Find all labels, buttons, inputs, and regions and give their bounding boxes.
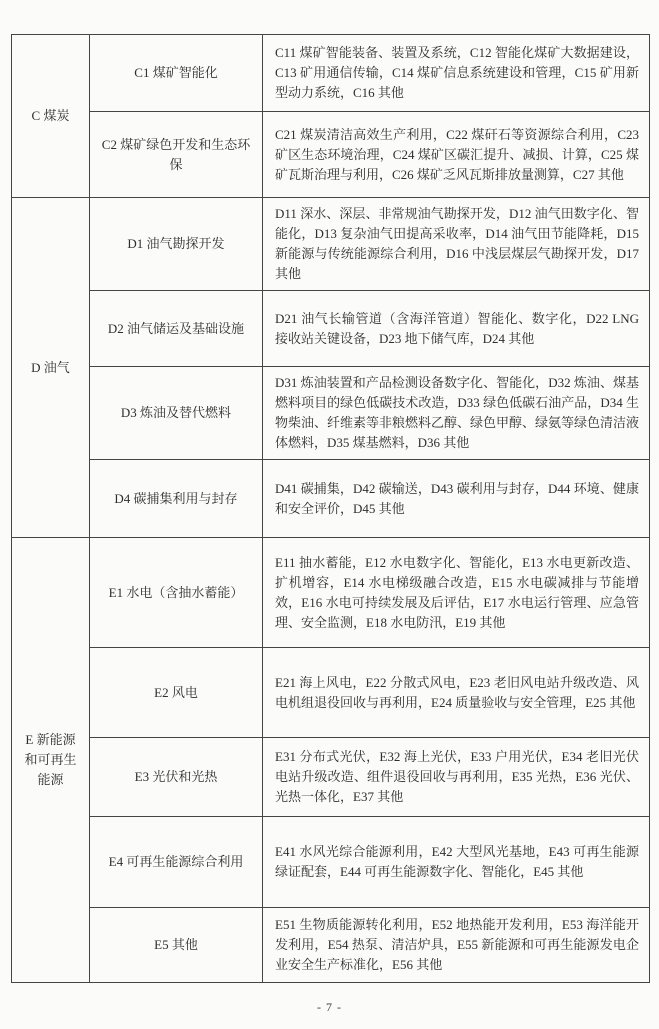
detail-cell-c2: C21 煤炭清洁高效生产利用，C22 煤矸石等资源综合利用，C23 矿区生态环境… [263,112,650,198]
table-row: E2 风电 E21 海上风电，E22 分散式风电，E23 老旧风电站升级改造、风… [12,648,650,738]
detail-cell-d1: D11 深水、深层、非常规油气勘探开发，D12 油气田数字化、智能化，D13 复… [263,198,650,291]
subcategory-cell-e4: E4 可再生能源综合利用 [90,817,263,908]
document-page: C 煤炭 C1 煤矿智能化 C11 煤矿智能装备、装置及系统，C12 智能化煤矿… [0,0,659,1029]
detail-cell-d4: D41 碳捕集，D42 碳输送，D43 碳利用与封存，D44 环境、健康和安全评… [263,460,650,538]
table-row: D3 炼油及替代燃料 D31 炼油装置和产品检测设备数字化、智能化，D32 炼油… [12,367,650,460]
table-row: E 新能源和可再生能源 E1 水电（含抽水蓄能） E11 抽水蓄能，E12 水电… [12,538,650,648]
category-cell-coal: C 煤炭 [12,35,90,198]
category-cell-oil-gas: D 油气 [12,198,90,538]
subcategory-cell-d2: D2 油气储运及基础设施 [90,291,263,367]
table-row: D2 油气储运及基础设施 D21 油气长输管道（含海洋管道）智能化、数字化，D2… [12,291,650,367]
detail-cell-e4: E41 水风光综合能源利用，E42 大型风光基地，E43 可再生能源绿证配套，E… [263,817,650,908]
subcategory-cell-e2: E2 风电 [90,648,263,738]
table-row: E3 光伏和光热 E31 分布式光伏，E32 海上光伏，E33 户用光伏，E34… [12,738,650,817]
table-row: C 煤炭 C1 煤矿智能化 C11 煤矿智能装备、装置及系统，C12 智能化煤矿… [12,35,650,112]
subcategory-cell-d1: D1 油气勘探开发 [90,198,263,291]
classification-table: C 煤炭 C1 煤矿智能化 C11 煤矿智能装备、装置及系统，C12 智能化煤矿… [11,34,650,983]
table-row: D4 碳捕集利用与封存 D41 碳捕集，D42 碳输送，D43 碳利用与封存，D… [12,460,650,538]
table-row: E4 可再生能源综合利用 E41 水风光综合能源利用，E42 大型风光基地，E4… [12,817,650,908]
page-number: - 7 - [0,1000,659,1015]
subcategory-cell-d3: D3 炼油及替代燃料 [90,367,263,460]
subcategory-cell-c2: C2 煤矿绿色开发和生态环保 [90,112,263,198]
category-cell-renewables: E 新能源和可再生能源 [12,538,90,983]
subcategory-cell-e1: E1 水电（含抽水蓄能） [90,538,263,648]
subcategory-cell-d4: D4 碳捕集利用与封存 [90,460,263,538]
subcategory-cell-c1: C1 煤矿智能化 [90,35,263,112]
table-row: C2 煤矿绿色开发和生态环保 C21 煤炭清洁高效生产利用，C22 煤矸石等资源… [12,112,650,198]
subcategory-cell-e3: E3 光伏和光热 [90,738,263,817]
detail-cell-e3: E31 分布式光伏，E32 海上光伏，E33 户用光伏，E34 老旧光伏电站升级… [263,738,650,817]
detail-cell-e1: E11 抽水蓄能，E12 水电数字化、智能化，E13 水电更新改造、扩机增容，E… [263,538,650,648]
detail-cell-d3: D31 炼油装置和产品检测设备数字化、智能化，D32 炼油、煤基燃料项目的绿色低… [263,367,650,460]
subcategory-cell-e5: E5 其他 [90,908,263,983]
detail-cell-e2: E21 海上风电，E22 分散式风电，E23 老旧风电站升级改造、风电机组退役回… [263,648,650,738]
table-row: E5 其他 E51 生物质能源转化利用，E52 地热能开发利用，E53 海洋能开… [12,908,650,983]
detail-cell-c1: C11 煤矿智能装备、装置及系统，C12 智能化煤矿大数据建设，C13 矿用通信… [263,35,650,112]
detail-cell-d2: D21 油气长输管道（含海洋管道）智能化、数字化，D22 LNG 接收站关键设备… [263,291,650,367]
detail-cell-e5: E51 生物质能源转化利用，E52 地热能开发利用，E53 海洋能开发利用，E5… [263,908,650,983]
table-row: D 油气 D1 油气勘探开发 D11 深水、深层、非常规油气勘探开发，D12 油… [12,198,650,291]
